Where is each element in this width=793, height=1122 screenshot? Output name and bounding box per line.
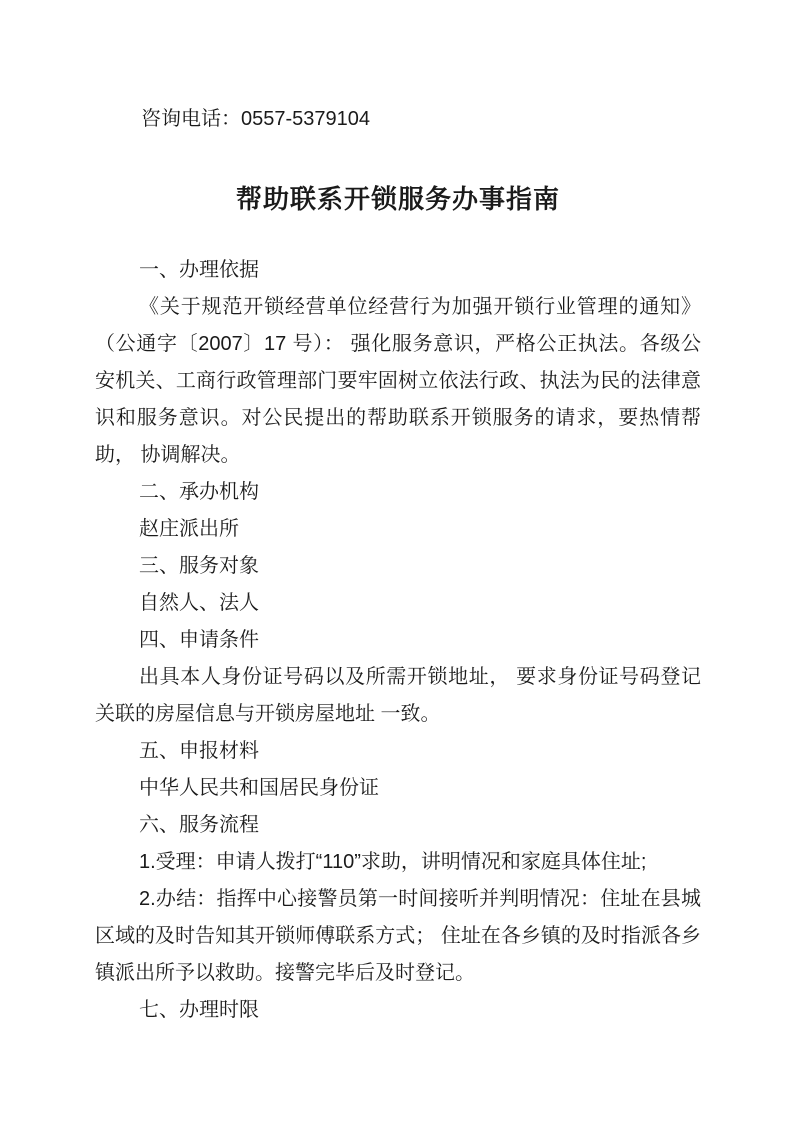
document-page: 咨询电话：0557-5379104 帮助联系开锁服务办事指南 一、办理依据 《关…: [0, 0, 793, 1122]
section-heading-application-conditions: 四、申请条件: [95, 622, 701, 659]
section-heading-time-limit: 七、办理时限: [95, 992, 701, 1029]
paragraph-process-step2: 2.办结：指挥中心接警员第一时间接听并判明情况：住址在县城区域的及时告知其开锁师…: [95, 881, 701, 992]
paragraph-application-conditions: 出具本人身份证号码以及所需开锁地址， 要求身份证号码登记关联的房屋信息与开锁房屋…: [95, 659, 701, 733]
section-heading-service-target: 三、服务对象: [95, 548, 701, 585]
paragraph-service-target: 自然人、法人: [95, 585, 701, 622]
section-heading-agency: 二、承办机构: [95, 474, 701, 511]
paragraph-process-step1: 1.受理：申请人拨打“110”求助，讲明情况和家庭具体住址;: [95, 844, 701, 881]
paragraph-materials: 中华人民共和国居民身份证: [95, 770, 701, 807]
section-heading-materials: 五、申报材料: [95, 733, 701, 770]
paragraph-agency-name: 赵庄派出所: [95, 511, 701, 548]
consult-phone-line: 咨询电话：0557-5379104: [95, 101, 701, 138]
section-heading-basis: 一、办理依据: [95, 252, 701, 289]
document-content: 咨询电话：0557-5379104 帮助联系开锁服务办事指南 一、办理依据 《关…: [95, 101, 701, 1029]
paragraph-basis-content: 《关于规范开锁经营单位经营行为加强开锁行业管理的通知》（公通字〔2007〕17 …: [95, 289, 701, 474]
section-heading-process: 六、服务流程: [95, 807, 701, 844]
document-title: 帮助联系开锁服务办事指南: [95, 179, 701, 219]
document-body: 一、办理依据 《关于规范开锁经营单位经营行为加强开锁行业管理的通知》（公通字〔2…: [95, 252, 701, 1029]
